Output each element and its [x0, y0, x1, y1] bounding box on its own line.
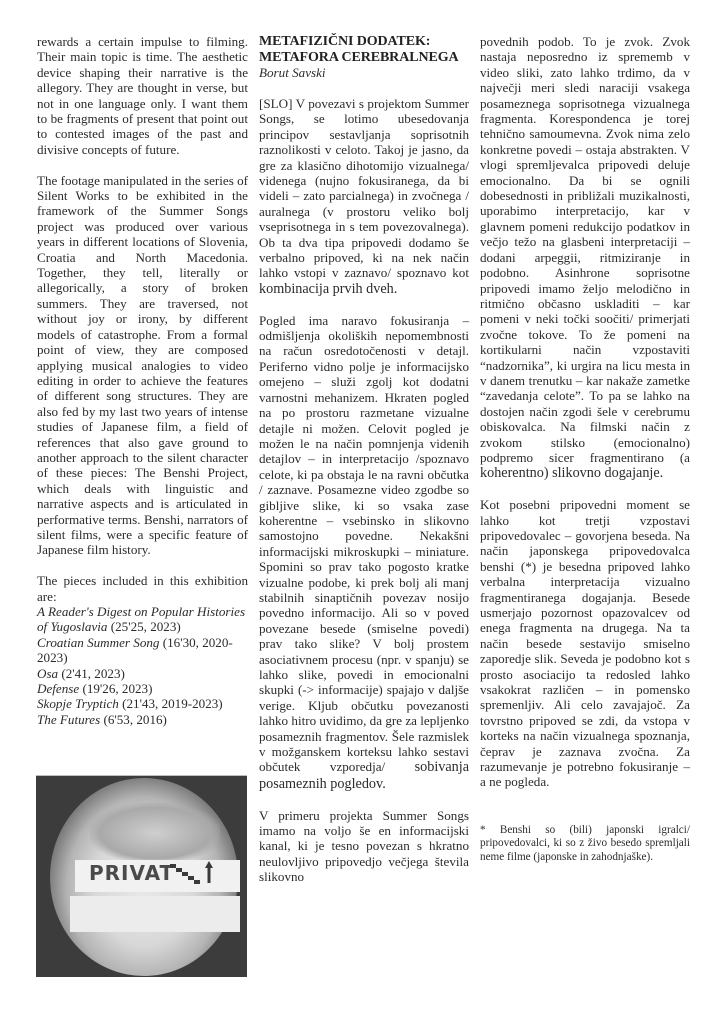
work-info: (25'25, 2023): [111, 619, 181, 634]
article-paragraph: [SLO] V povezavi s projektom Summer Song…: [259, 96, 469, 297]
work-item: Defense (19'26, 2023): [37, 681, 248, 696]
work-info: (21'43, 2019-2023): [122, 696, 223, 711]
left-column: rewards a certain impulse to filming. Th…: [37, 34, 248, 727]
works-intro: The pieces included in this exhibition a…: [37, 573, 248, 604]
arrow-up-icon: [204, 860, 214, 884]
middle-column: METAFIZIČNI DODATEK: METAFORA CEREBRALNE…: [259, 34, 469, 900]
privat-sign-photo: PRIVAT: [36, 775, 247, 977]
work-info: (19'26, 2023): [82, 681, 152, 696]
works-list: A Reader's Digest on Popular Histories o…: [37, 604, 248, 727]
paragraph-text-end: kombinacija prvih dveh.: [259, 281, 397, 297]
article-paragraph: Pogled ima naravo fokusiranja – odmišlje…: [259, 313, 469, 793]
paragraph-text-end: koherentno) slikovno dogajanje.: [480, 465, 663, 481]
footage-paragraph: The footage manipulated in the series of…: [37, 173, 248, 558]
work-title: The Futures: [37, 712, 100, 727]
article-paragraph: Kot posebni pripovedni moment se lahko k…: [480, 497, 690, 790]
work-info: (6'53, 2016): [103, 712, 166, 727]
work-title: Skopje Tryptich: [37, 696, 119, 711]
photo-step-lower: [70, 896, 240, 932]
article-title-line-2: METAFORA CEREBRALNEGA: [259, 50, 469, 66]
intro-paragraph: rewards a certain impulse to filming. Th…: [37, 34, 248, 157]
photo-path: [90, 803, 220, 863]
work-info: (2'41, 2023): [61, 666, 124, 681]
work-item: Osa (2'41, 2023): [37, 666, 248, 681]
sign-text: PRIVAT: [89, 861, 174, 885]
work-item: The Futures (6'53, 2016): [37, 712, 248, 727]
work-title: Osa: [37, 666, 58, 681]
work-item: Croatian Summer Song (16'30, 2020-2023): [37, 635, 248, 666]
right-column: povednih podob. To je zvok. Zvok nastaja…: [480, 34, 690, 880]
footnote: * Benshi so (bili) japonski igralci/ pri…: [480, 824, 690, 865]
paragraph-text: Pogled ima naravo fokusiranja – odmišlje…: [259, 313, 469, 775]
article-paragraph: V primeru projekta Summer Songs imamo na…: [259, 808, 469, 885]
stairs-icon: [168, 862, 204, 886]
work-title: Defense: [37, 681, 79, 696]
work-item: Skopje Tryptich (21'43, 2019-2023): [37, 696, 248, 711]
work-item: A Reader's Digest on Popular Histories o…: [37, 604, 248, 635]
article-title-line-1: METAFIZIČNI DODATEK:: [259, 34, 469, 50]
article-author: Borut Savski: [259, 65, 469, 80]
paragraph-text: povednih podob. To je zvok. Zvok nastaja…: [480, 34, 690, 465]
work-title: Croatian Summer Song: [37, 635, 159, 650]
paragraph-text: [SLO] V povezavi s projektom Summer Song…: [259, 96, 469, 280]
article-paragraph: povednih podob. To je zvok. Zvok nastaja…: [480, 34, 690, 482]
